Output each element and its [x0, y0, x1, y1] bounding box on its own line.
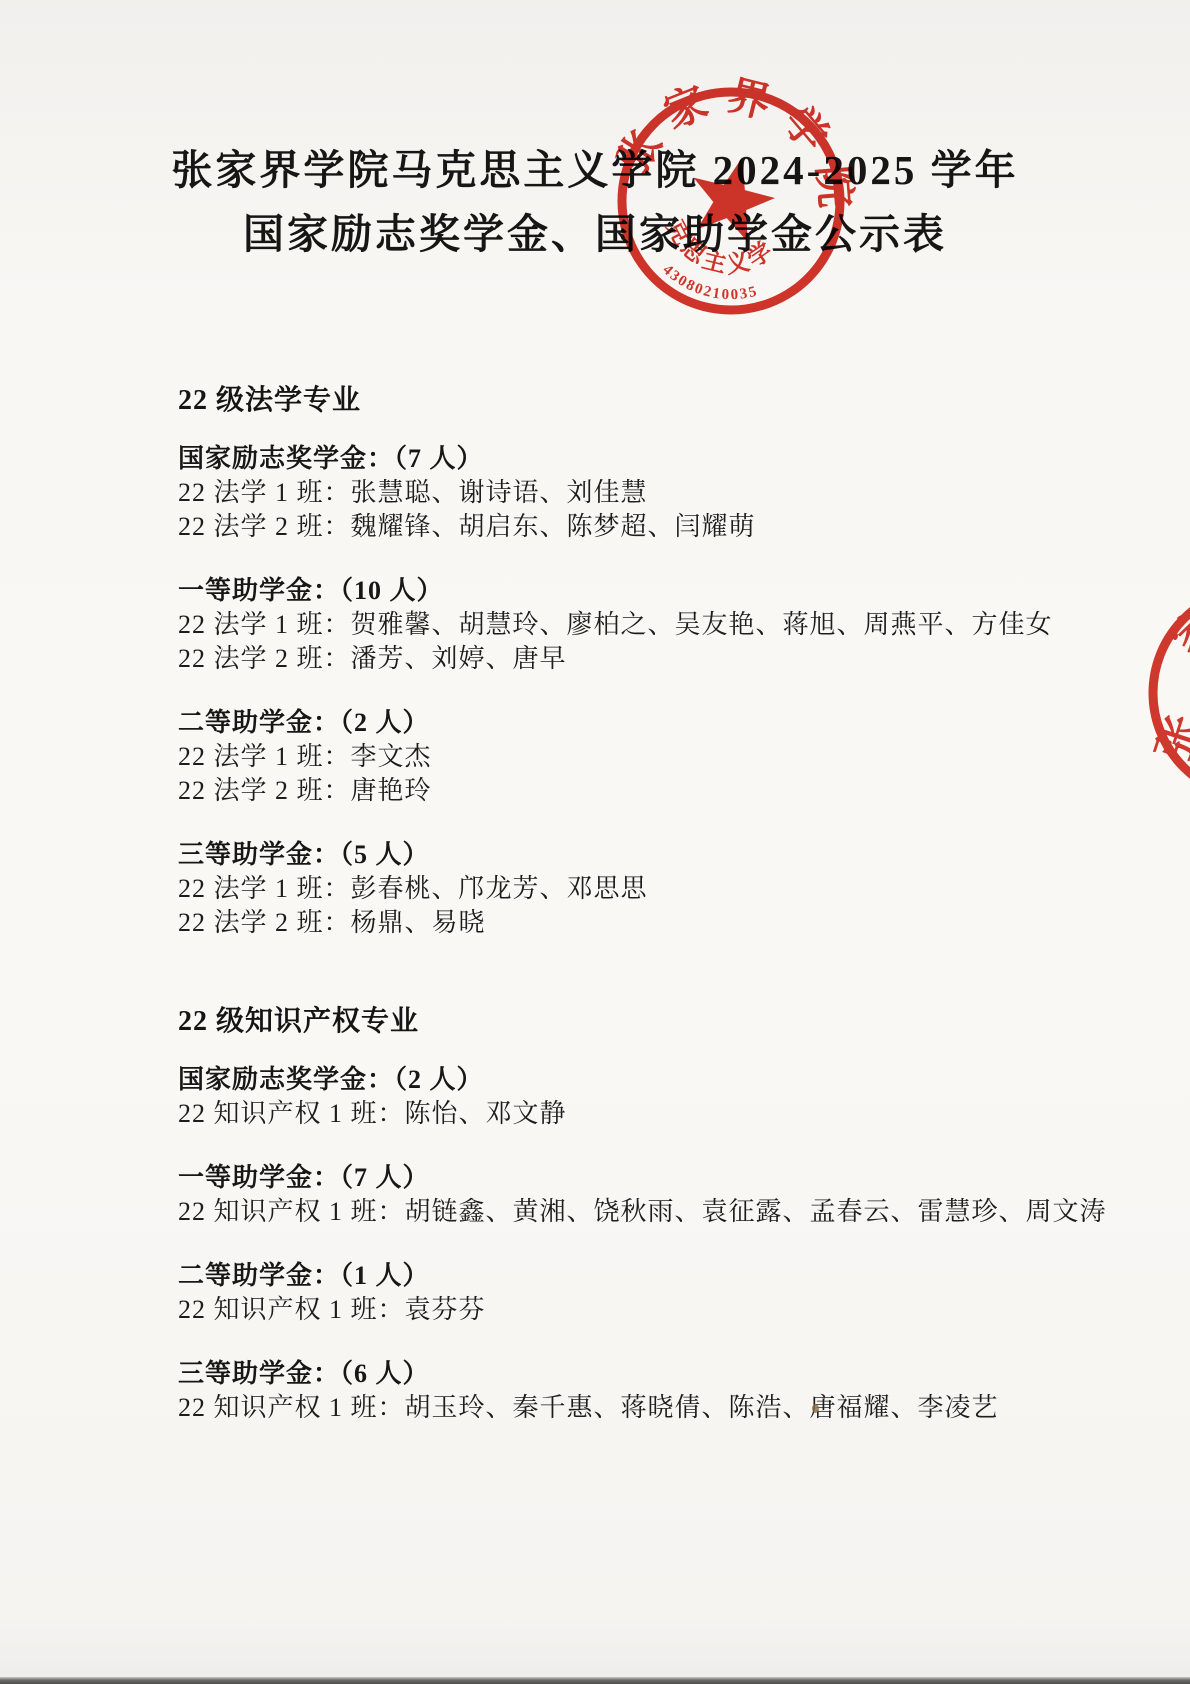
title-line-1: 张家界学院马克思主义学院 2024-2025 学年: [0, 138, 1190, 202]
document-page: 张家界学院马克思主义学院 2024-2025 学年 国家励志奖学金、国家助学金公…: [0, 0, 1190, 1684]
edge-seal-char-1: 家: [1162, 598, 1190, 667]
roster-line: 22 知识产权 1 班：胡链鑫、黄湘、饶秋雨、袁征露、孟春云、雷慧珍、周文涛: [178, 1195, 1118, 1229]
school-official-seal-icon: 张家界学院 马克思主义学院 43080210035: [582, 52, 880, 350]
roster-line: 22 法学 2 班：潘芳、刘婷、唐早: [178, 642, 1118, 676]
section-heading: 22 级法学专业: [178, 384, 1118, 418]
section-ip-major: 22 级知识产权专业 国家励志奖学金：（2 人） 22 知识产权 1 班：陈怡、…: [178, 1005, 1118, 1425]
roster-line: 22 知识产权 1 班：袁芬芬: [178, 1293, 1118, 1327]
award-group-grant-tier-1: 一等助学金：（10 人） 22 法学 1 班：贺雅馨、胡慧玲、廖柏之、吴友艳、蒋…: [178, 574, 1118, 676]
scan-speck: [812, 1404, 819, 1413]
edge-partial-seal-icon: 家 张: [1126, 568, 1190, 818]
roster-line: 22 法学 1 班：彭春桃、邝龙芳、邓思思: [178, 872, 1118, 906]
award-group-title: 二等助学金：（1 人）: [178, 1259, 1118, 1293]
section-law-major: 22 级法学专业 国家励志奖学金：（7 人） 22 法学 1 班：张慧聪、谢诗语…: [178, 384, 1118, 940]
roster-line: 22 法学 2 班：唐艳玲: [178, 774, 1118, 808]
section-heading: 22 级知识产权专业: [178, 1005, 1118, 1039]
roster-line: 22 知识产权 1 班：陈怡、邓文静: [178, 1097, 1118, 1131]
roster-line: 22 法学 1 班：张慧聪、谢诗语、刘佳慧: [178, 476, 1118, 510]
award-group-inspirational-scholarship: 国家励志奖学金：（2 人） 22 知识产权 1 班：陈怡、邓文静: [178, 1063, 1118, 1131]
award-group-grant-tier-3: 三等助学金：（5 人） 22 法学 1 班：彭春桃、邝龙芳、邓思思 22 法学 …: [178, 838, 1118, 940]
award-group-grant-tier-1: 一等助学金：（7 人） 22 知识产权 1 班：胡链鑫、黄湘、饶秋雨、袁征露、孟…: [178, 1161, 1118, 1229]
roster-line: 22 法学 2 班：魏耀锋、胡启东、陈梦超、闫耀萌: [178, 510, 1118, 544]
roster-line: 22 知识产权 1 班：胡玉玲、秦千惠、蒋晓倩、陈浩、唐福耀、李凌艺: [178, 1391, 1118, 1425]
award-group-title: 一等助学金：（10 人）: [178, 574, 1118, 608]
scan-bottom-edge: [0, 1677, 1190, 1684]
seal-star-icon: [682, 148, 783, 246]
document-body: 22 级法学专业 国家励志奖学金：（7 人） 22 法学 1 班：张慧聪、谢诗语…: [178, 384, 1118, 1455]
roster-line: 22 法学 1 班：李文杰: [178, 740, 1118, 774]
award-group-grant-tier-2: 二等助学金：（2 人） 22 法学 1 班：李文杰 22 法学 2 班：唐艳玲: [178, 706, 1118, 808]
award-group-title: 一等助学金：（7 人）: [178, 1161, 1118, 1195]
award-group-title: 国家励志奖学金：（7 人）: [178, 442, 1118, 476]
award-group-grant-tier-2: 二等助学金：（1 人） 22 知识产权 1 班：袁芬芬: [178, 1259, 1118, 1327]
award-group-title: 国家励志奖学金：（2 人）: [178, 1063, 1118, 1097]
award-group-grant-tier-3: 三等助学金：（6 人） 22 知识产权 1 班：胡玉玲、秦千惠、蒋晓倩、陈浩、唐…: [178, 1357, 1118, 1425]
roster-line: 22 法学 1 班：贺雅馨、胡慧玲、廖柏之、吴友艳、蒋旭、周燕平、方佳女: [178, 608, 1118, 642]
award-group-title: 二等助学金：（2 人）: [178, 706, 1118, 740]
award-group-title: 三等助学金：（5 人）: [178, 838, 1118, 872]
award-group-title: 三等助学金：（6 人）: [178, 1357, 1118, 1391]
roster-line: 22 法学 2 班：杨鼎、易晓: [178, 906, 1118, 940]
award-group-inspirational-scholarship: 国家励志奖学金：（7 人） 22 法学 1 班：张慧聪、谢诗语、刘佳慧 22 法…: [178, 442, 1118, 544]
